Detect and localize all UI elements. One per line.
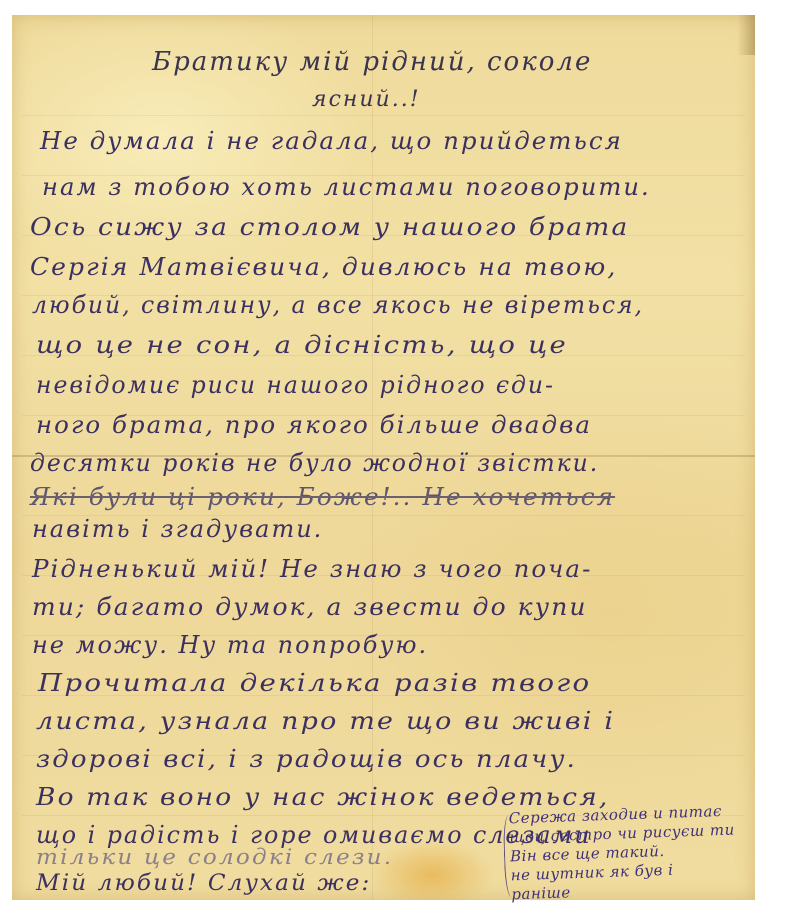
- letter-line: листа, узнала про те що ви живі і: [36, 707, 615, 735]
- letter-line: любий, світлину, а все якось не віреться…: [32, 291, 644, 319]
- letter-line: тільки це солодкі слези.: [36, 845, 393, 869]
- letter-line: Прочитала декілька разів твого: [38, 669, 591, 697]
- letter-line: не можу. Ну та попробую.: [32, 631, 428, 659]
- paper-corner-shadow: [737, 15, 755, 55]
- letter-line: Ось сижу за столом у нашого брата: [30, 213, 629, 241]
- salutation-line-2: ясний..!: [312, 87, 421, 112]
- letter-line-crossed-out: Які були ці роки, Боже!.. Не хочеться: [30, 483, 615, 511]
- salutation-line-1: Братику мій рідний, соколе: [152, 47, 592, 77]
- letter-line: ти; багато думок, а звести до купи: [32, 593, 588, 621]
- letter-line-closing: Мій любий! Слухай же:: [36, 871, 371, 896]
- letter-line: ного брата, про якого більше двадва: [36, 411, 592, 439]
- paper-rule: [22, 115, 745, 116]
- letter-line: Сергія Матвієвича, дивлюсь на твою,: [30, 253, 617, 281]
- letter-line: Рідненький мій! Не знаю з чого поча-: [32, 555, 592, 583]
- postscript-bracket: [503, 815, 521, 897]
- letter-line: невідомиє риси нашого рідного єди-: [36, 371, 555, 399]
- letter-line: навіть і згадувати.: [32, 515, 323, 543]
- letter-line: десятки років не було жодної звістки.: [30, 449, 599, 477]
- letter-line: здорові всі, і з радощів ось плачу.: [36, 745, 577, 773]
- letter-paper: Братику мій рідний, соколе ясний..! Не д…: [12, 15, 755, 900]
- letter-line: Во так воно у нас жінок ведеться,: [36, 783, 609, 811]
- letter-line: нам з тобою хоть листами поговорити.: [42, 173, 651, 201]
- letter-line: що це не сон, а дісність, що це: [36, 331, 568, 359]
- letter-line: Не думала і не гадала, що прийдеться: [40, 127, 623, 155]
- postscript-note: Сережа заходив и питає щоц сестро чи рис…: [508, 801, 761, 905]
